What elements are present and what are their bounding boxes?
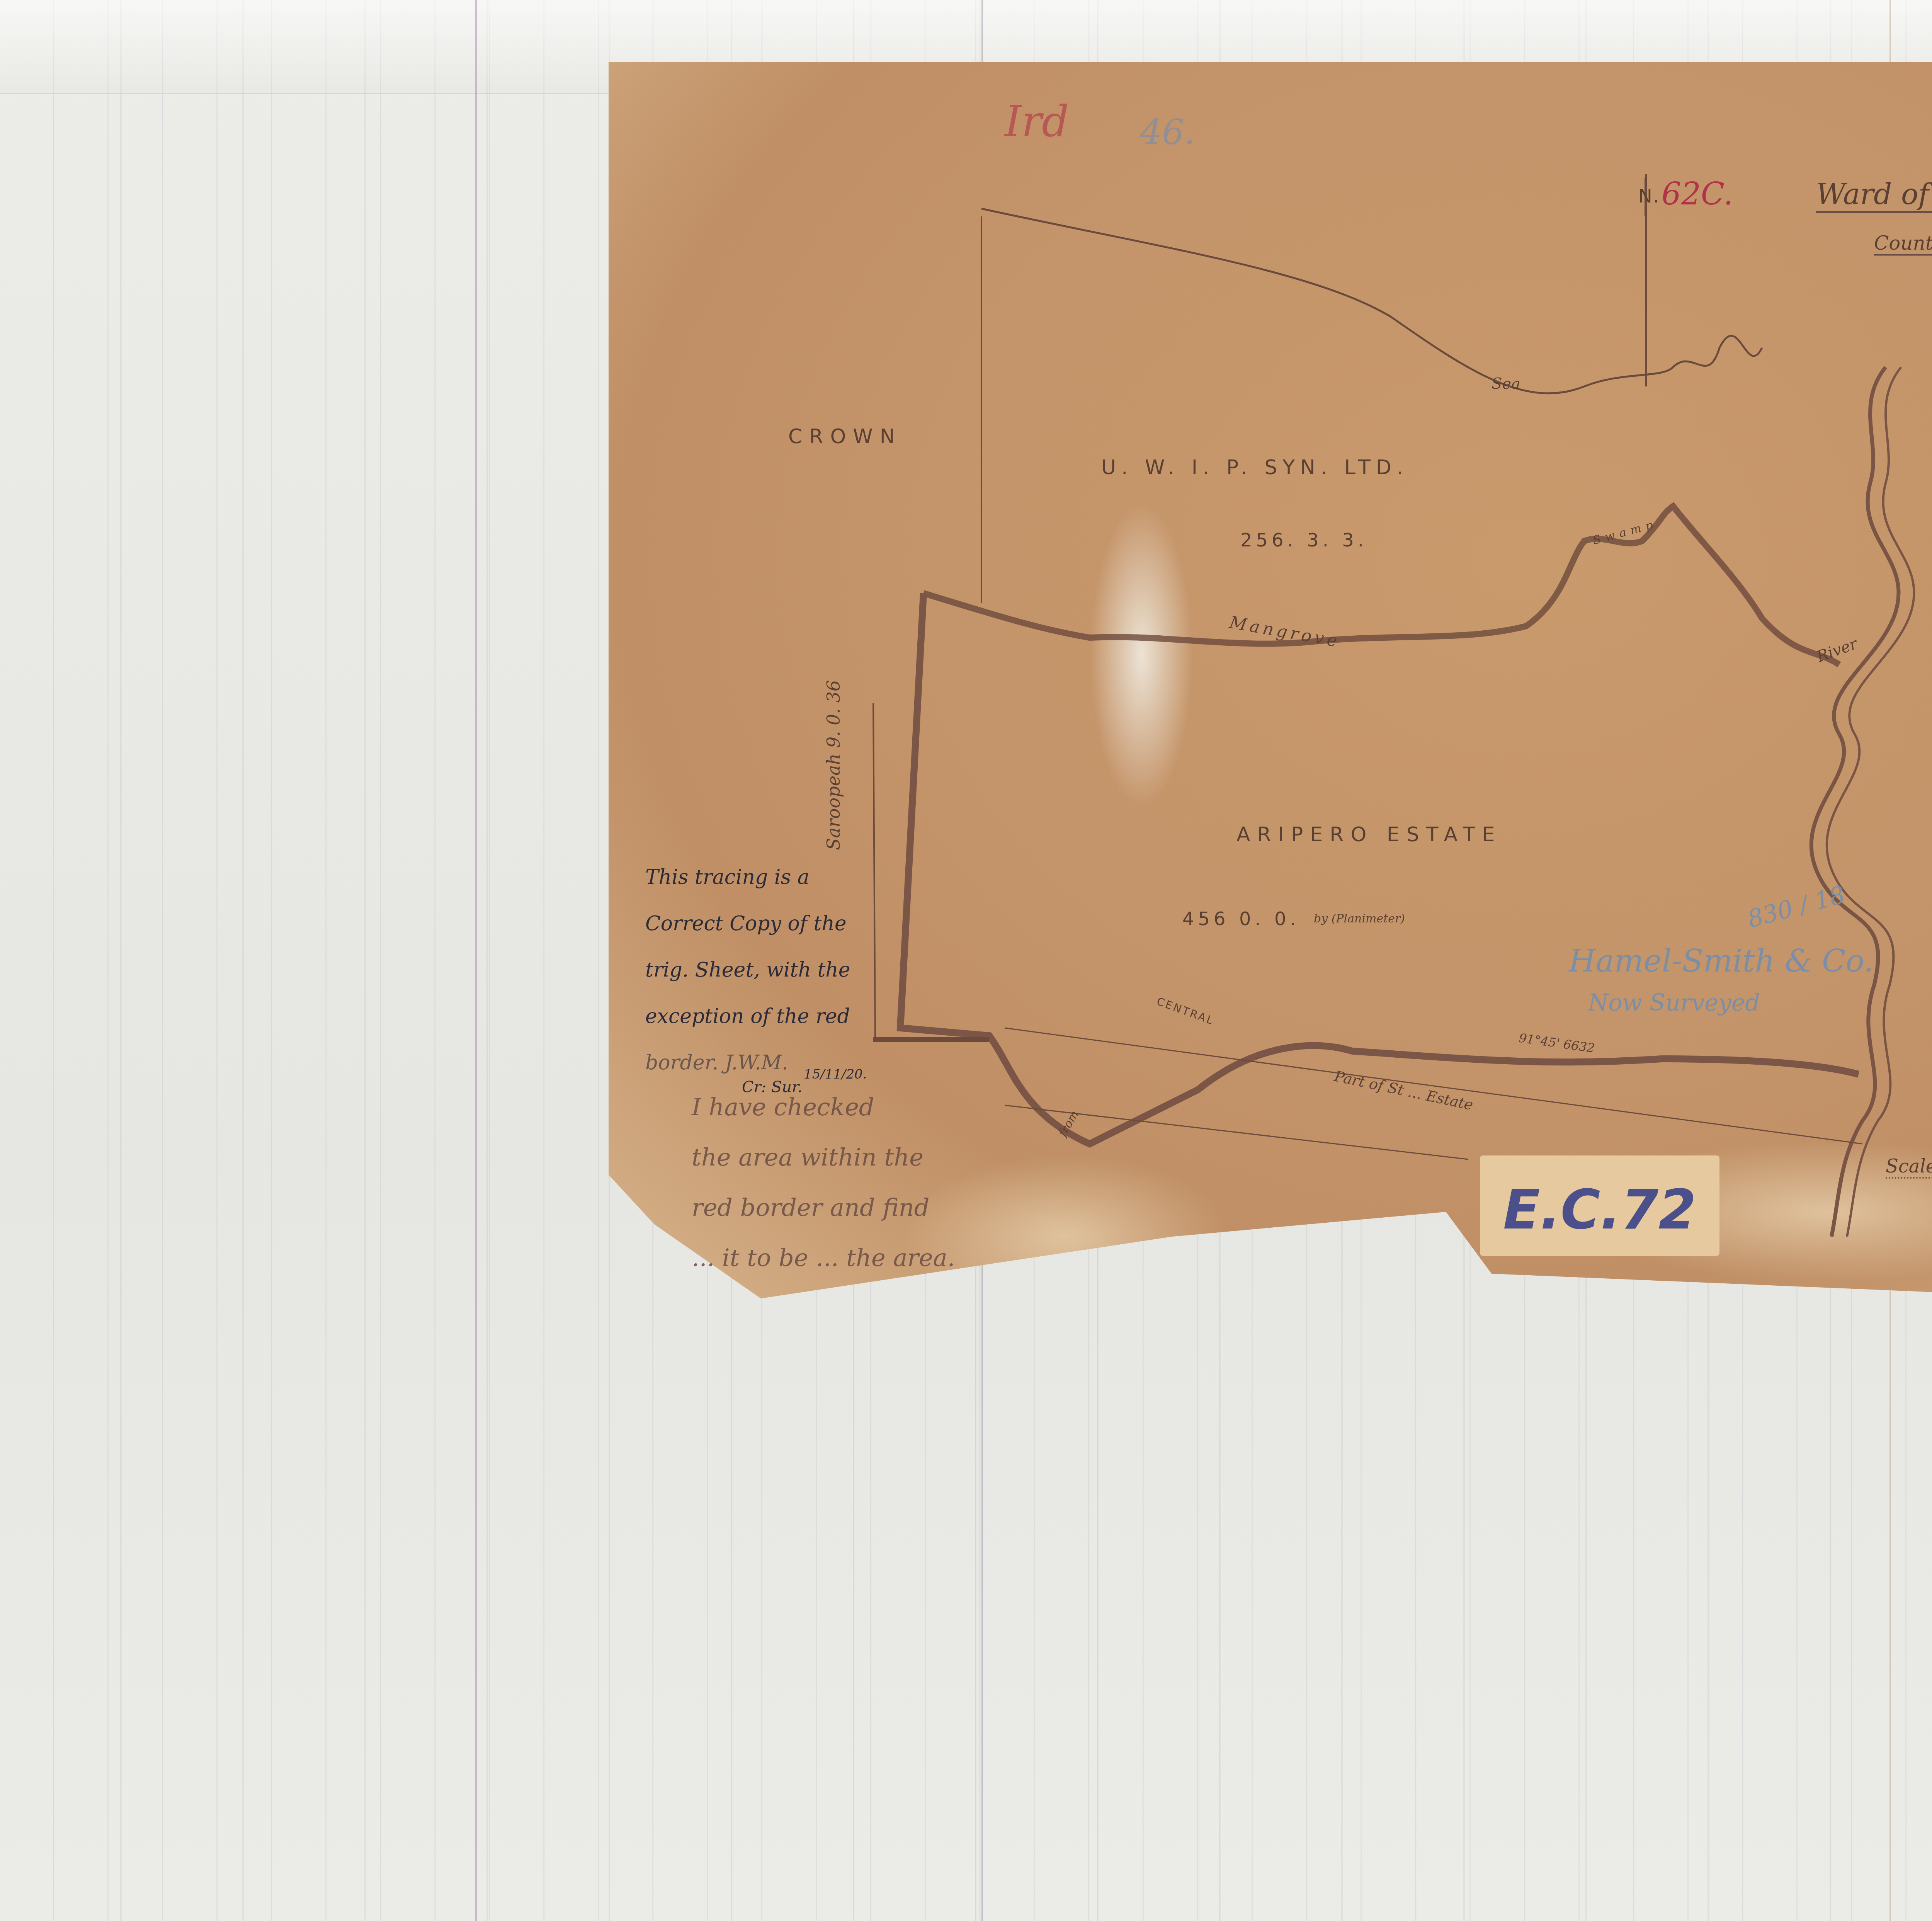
survey-line xyxy=(1005,1028,1862,1144)
parcel-aripero-area: 456 0. 0. xyxy=(1182,908,1300,930)
checked-line: I have checked xyxy=(692,1082,955,1132)
county-title: County of St Patrick xyxy=(1874,232,1932,256)
parcel-aripero-area-note: by (Planimeter) xyxy=(1314,912,1405,926)
parcel-uwip: U. W. I. P. SYN. LTD. xyxy=(1101,456,1408,479)
catalog-label: E.C.72 xyxy=(1480,1155,1719,1256)
certificate-line: trig. Sheet, with the xyxy=(645,947,850,993)
ward-title: Ward of La Brea xyxy=(1816,178,1932,213)
parcel-aripero: ARIPERO ESTATE xyxy=(1236,823,1502,846)
certificate-line: exception of the red xyxy=(645,993,850,1040)
checked-line: ... it to be ... the area. xyxy=(692,1233,955,1283)
coastline xyxy=(981,209,1762,393)
pencil-note-now-surveyed: Now Surveyed xyxy=(1588,989,1760,1016)
pencil-note-hamel-smith: Hamel-Smith & Co. xyxy=(1569,943,1874,979)
aripero-red-border xyxy=(900,593,1859,1144)
sheet-number: 62C. xyxy=(1662,176,1733,212)
certificate-note: This tracing is a Correct Copy of the tr… xyxy=(645,854,850,1086)
label-sea: Sea xyxy=(1492,375,1520,393)
checked-line: red border and find xyxy=(692,1183,955,1233)
certificate-date: 15/11/20. xyxy=(804,1067,867,1082)
certificate-line: Correct Copy of the xyxy=(645,900,850,947)
label-scale: Scale ... Chains xyxy=(1886,1155,1932,1179)
pencil-note-top: 46. xyxy=(1140,112,1195,153)
saroopeah-boundary xyxy=(873,703,875,1040)
checked-note: I have checked the area within the red b… xyxy=(692,1082,955,1283)
checked-line: the area within the xyxy=(692,1132,955,1183)
red-pencil-note: Ird xyxy=(1005,97,1069,146)
parcel-uwip-area: 256. 3. 3. xyxy=(1240,529,1367,551)
parcel-crown: CROWN xyxy=(788,425,902,448)
catalog-number: E.C.72 xyxy=(1503,1179,1696,1242)
certificate-line: This tracing is a xyxy=(645,854,850,900)
label-saroopeah: Saroopeah 9. 0. 36 xyxy=(823,680,844,850)
north-marker: N. xyxy=(1638,185,1660,207)
mangrove-swamp-boundary xyxy=(923,506,1839,665)
